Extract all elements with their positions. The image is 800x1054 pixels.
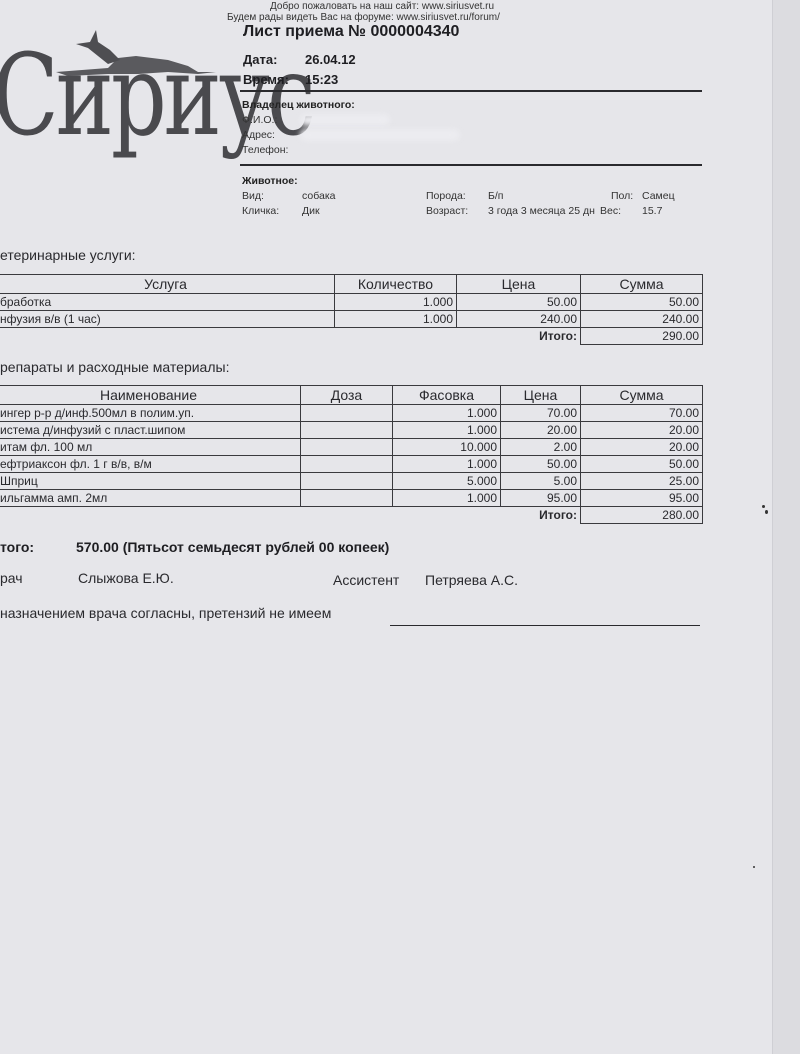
page-edge <box>772 0 800 1054</box>
owner-heading: Владелец животного: <box>242 99 355 111</box>
owner-name-label: Ф.И.О.: <box>242 114 277 126</box>
date-value: 26.04.12 <box>305 52 356 67</box>
date-label: Дата: <box>243 52 277 67</box>
weight-value: 15.7 <box>642 205 662 217</box>
assistant-label: Ассистент <box>333 572 399 588</box>
total-row: Итого: 290.00 <box>0 328 703 345</box>
col-service: Услуга <box>0 275 335 294</box>
table-row: ефтриаксон фл. 1 г в/в, в/м1.00050.0050.… <box>0 456 703 473</box>
table-row: ингер р-р д/инф.500мл в полим.уп.1.00070… <box>0 405 703 422</box>
grand-total-label: того: <box>0 539 34 555</box>
table-row: итам фл. 100 мл10.0002.0020.00 <box>0 439 703 456</box>
services-total-value: 290.00 <box>581 328 703 345</box>
materials-total-value: 280.00 <box>581 507 703 524</box>
services-table: Услуга Количество Цена Сумма бработка 1.… <box>0 274 703 345</box>
scan-speck <box>753 866 755 868</box>
table-header: Услуга Количество Цена Сумма <box>0 275 703 294</box>
sex-label: Пол: <box>611 190 633 202</box>
assistant-name: Петряева А.С. <box>425 572 518 588</box>
owner-phone-label: Телефон: <box>242 144 288 156</box>
age-label: Возраст: <box>426 205 468 217</box>
table-row: Шприц5.0005.0025.00 <box>0 473 703 490</box>
nickname-label: Кличка: <box>242 205 279 217</box>
col-sum: Сумма <box>581 275 703 294</box>
total-row: Итого:280.00 <box>0 507 703 524</box>
scan-speck <box>765 510 768 514</box>
table-header: Наименование Доза Фасовка Цена Сумма <box>0 386 703 405</box>
time-label: Время: <box>243 72 289 87</box>
website-line: Добро пожаловать на наш сайт: www.sirius… <box>270 1 494 12</box>
time-value: 15:23 <box>305 72 338 87</box>
age-value: 3 года 3 месяца 25 дн <box>488 205 595 217</box>
nickname-value: Дик <box>302 205 320 217</box>
table-row: истема д/инфузий с пласт.шипом1.00020.00… <box>0 422 703 439</box>
materials-heading: репараты и расходные материалы: <box>0 359 229 375</box>
redacted-address <box>300 129 460 141</box>
page-title: Лист приема № 0000004340 <box>243 23 459 41</box>
materials-total-label: Итого: <box>501 507 581 524</box>
breed-label: Порода: <box>426 190 466 202</box>
animal-heading: Животное: <box>242 175 298 187</box>
kind-value: собака <box>302 190 335 202</box>
sex-value: Самец <box>642 190 675 202</box>
col-qty: Количество <box>335 275 457 294</box>
signature-line <box>390 625 700 626</box>
divider <box>240 164 702 166</box>
col-pack: Фасовка <box>393 386 501 405</box>
col-sum: Сумма <box>581 386 703 405</box>
scan-speck <box>762 505 765 508</box>
table-row: нфузия в/в (1 час) 1.000 240.00 240.00 <box>0 311 703 328</box>
services-total-label: Итого: <box>457 328 581 345</box>
col-price: Цена <box>501 386 581 405</box>
forum-line: Будем рады видеть Вас на форуме: www.sir… <box>227 12 500 23</box>
divider <box>240 90 702 92</box>
grand-total-value: 570.00 (Пятьсот семьдесят рублей 00 копе… <box>76 539 389 555</box>
kind-label: Вид: <box>242 190 264 202</box>
doctor-name: Слыжова Е.Ю. <box>78 570 174 586</box>
table-row: ильгамма амп. 2мл1.00095.0095.00 <box>0 490 703 507</box>
owner-address-label: Адрес: <box>242 129 275 141</box>
redacted-name <box>300 114 390 126</box>
table-row: бработка 1.000 50.00 50.00 <box>0 294 703 311</box>
doctor-label: рач <box>0 570 23 586</box>
materials-table: Наименование Доза Фасовка Цена Сумма инг… <box>0 385 703 524</box>
weight-label: Вес: <box>600 205 621 217</box>
col-price: Цена <box>457 275 581 294</box>
services-heading: етеринарные услуги: <box>0 247 136 263</box>
breed-value: Б/п <box>488 190 504 202</box>
agreement-text: назначением врача согласны, претензий не… <box>0 605 331 621</box>
col-dose: Доза <box>301 386 393 405</box>
col-name: Наименование <box>0 386 301 405</box>
